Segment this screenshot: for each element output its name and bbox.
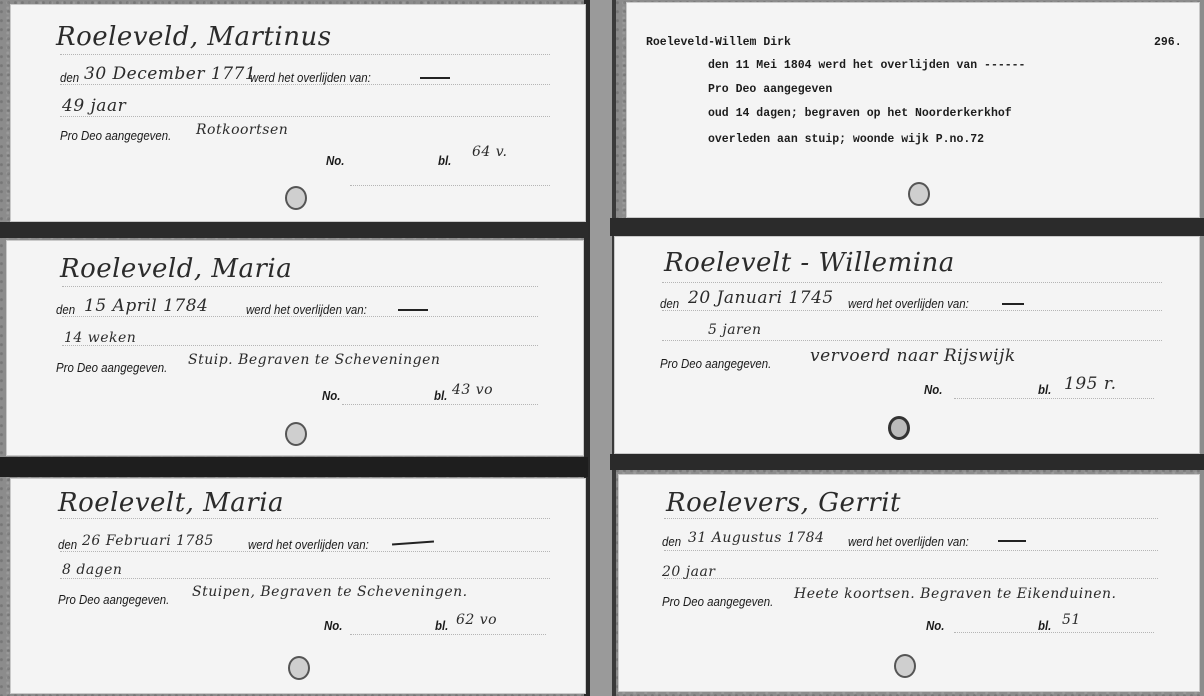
name-line bbox=[62, 286, 538, 287]
card-name: Roeleveld, Martinus bbox=[56, 22, 332, 52]
index-card-roeleveld-martinus: Roeleveld, Martinus den 30 December 1771… bbox=[10, 4, 586, 222]
prodeo-label: Pro Deo aangegeven. bbox=[56, 360, 167, 375]
bl-value: 43 vo bbox=[452, 382, 493, 398]
age-at-death: 8 dagen bbox=[62, 562, 122, 578]
age-at-death: 14 weken bbox=[64, 330, 136, 346]
prodeo-label: Pro Deo aangegeven. bbox=[60, 128, 171, 143]
den-label: den bbox=[662, 534, 681, 549]
death-date: 26 Februari 1785 bbox=[82, 533, 214, 549]
remark: Heete koortsen. Begraven te Eikenduinen. bbox=[794, 586, 1117, 602]
punch-hole bbox=[285, 186, 307, 210]
age-at-death: 49 jaar bbox=[62, 96, 126, 116]
name-line bbox=[60, 54, 550, 55]
punch-hole bbox=[894, 654, 916, 678]
dash-mark bbox=[392, 541, 434, 546]
name-line bbox=[60, 518, 550, 519]
index-card-roeleveld-willem-dirk: Roeleveld-Willem Dirk 296. den 11 Mei 18… bbox=[626, 2, 1200, 218]
bl-value: 64 v. bbox=[472, 144, 507, 160]
card-number: 296. bbox=[1154, 36, 1182, 49]
name-line bbox=[664, 518, 1158, 519]
dash-mark bbox=[1002, 303, 1024, 305]
index-card-roelevers-gerrit: Roelevers, Gerrit den 31 Augustus 1784 w… bbox=[618, 474, 1200, 692]
werd-label: werd het overlijden van: bbox=[250, 70, 371, 85]
werd-label: werd het overlijden van: bbox=[246, 302, 367, 317]
nobl-line bbox=[350, 634, 546, 635]
dash-mark bbox=[998, 540, 1026, 542]
death-date: 30 December 1771 bbox=[84, 64, 256, 84]
werd-label: werd het overlijden van: bbox=[248, 537, 369, 552]
death-date: 15 April 1784 bbox=[84, 296, 208, 316]
werd-label: werd het overlijden van: bbox=[848, 534, 969, 549]
nobl-line bbox=[342, 404, 538, 405]
werd-label: werd het overlijden van: bbox=[848, 296, 969, 311]
prodeo-label: Pro Deo aangegeven. bbox=[58, 592, 169, 607]
card-name: Roelevers, Gerrit bbox=[666, 488, 901, 518]
left-divider-bottom bbox=[0, 457, 588, 477]
age-at-death: 5 jaren bbox=[708, 322, 762, 338]
remark: Stuipen, Begraven te Scheveningen. bbox=[192, 584, 468, 600]
punch-hole bbox=[888, 416, 910, 440]
card-name: Roelevelt - Willemina bbox=[664, 248, 955, 278]
den-label: den bbox=[660, 296, 679, 311]
prodeo-label: Pro Deo aangegeven. bbox=[662, 594, 773, 609]
punch-hole bbox=[908, 182, 930, 206]
punch-hole bbox=[285, 422, 307, 446]
den-label: den bbox=[56, 302, 75, 317]
death-date: 20 Januari 1745 bbox=[688, 288, 834, 308]
center-divider bbox=[584, 0, 616, 696]
age-line bbox=[662, 340, 1162, 341]
den-label: den bbox=[58, 537, 77, 552]
age-line bbox=[60, 578, 550, 579]
no-label: No. bbox=[322, 388, 340, 403]
typed-line-4: overleden aan stuip; woonde wijk P.no.72 bbox=[708, 133, 984, 146]
punch-hole bbox=[288, 656, 310, 680]
no-label: No. bbox=[924, 382, 942, 397]
index-card-roeleveld-maria: Roeleveld, Maria den 15 April 1784 werd … bbox=[6, 240, 584, 456]
dash-mark bbox=[398, 309, 428, 311]
nobl-line bbox=[954, 398, 1154, 399]
card-name: Roelevelt, Maria bbox=[58, 488, 284, 518]
prodeo-label: Pro Deo aangegeven. bbox=[660, 356, 771, 371]
den-label: den bbox=[60, 70, 79, 85]
left-divider-top bbox=[0, 222, 588, 238]
nobl-line bbox=[954, 632, 1154, 633]
bl-label: bl. bbox=[1038, 618, 1051, 633]
age-line bbox=[60, 116, 550, 117]
right-divider-bottom bbox=[610, 454, 1204, 470]
bl-label: bl. bbox=[435, 618, 448, 633]
bl-label: bl. bbox=[438, 153, 451, 168]
no-label: No. bbox=[926, 618, 944, 633]
card-name: Roeleveld, Maria bbox=[60, 254, 292, 284]
dash-mark bbox=[420, 77, 450, 79]
remark: Stuip. Begraven te Scheveningen bbox=[188, 352, 440, 368]
index-card-roelevelt-maria: Roelevelt, Maria den 26 Februari 1785 we… bbox=[10, 478, 586, 694]
no-label: No. bbox=[324, 618, 342, 633]
bl-label: bl. bbox=[434, 388, 447, 403]
age-at-death: 20 jaar bbox=[662, 564, 716, 580]
typed-line-1: den 11 Mei 1804 werd het overlijden van … bbox=[708, 59, 1025, 72]
age-line bbox=[664, 578, 1158, 579]
remark: Rotkoortsen bbox=[196, 122, 288, 138]
no-label: No. bbox=[326, 153, 344, 168]
typed-line-3: oud 14 dagen; begraven op het Noorderker… bbox=[708, 107, 1012, 120]
nobl-line bbox=[350, 185, 550, 186]
name-line bbox=[662, 282, 1162, 283]
archive-card-sheet: Roeleveld, Martinus den 30 December 1771… bbox=[0, 0, 1204, 696]
right-divider-top bbox=[610, 218, 1204, 236]
date-line bbox=[664, 550, 1158, 551]
typed-line-2: Pro Deo aangegeven bbox=[708, 83, 832, 96]
remark: vervoerd naar Rijswijk bbox=[810, 346, 1016, 366]
bl-value: 51 bbox=[1062, 612, 1081, 628]
bl-value: 62 vo bbox=[456, 612, 497, 628]
index-card-roelevelt-willemina: Roelevelt - Willemina den 20 Januari 174… bbox=[614, 236, 1200, 454]
death-date: 31 Augustus 1784 bbox=[688, 530, 824, 546]
bl-value: 195 r. bbox=[1064, 374, 1117, 394]
bl-label: bl. bbox=[1038, 382, 1051, 397]
card-name: Roeleveld-Willem Dirk bbox=[646, 36, 791, 49]
